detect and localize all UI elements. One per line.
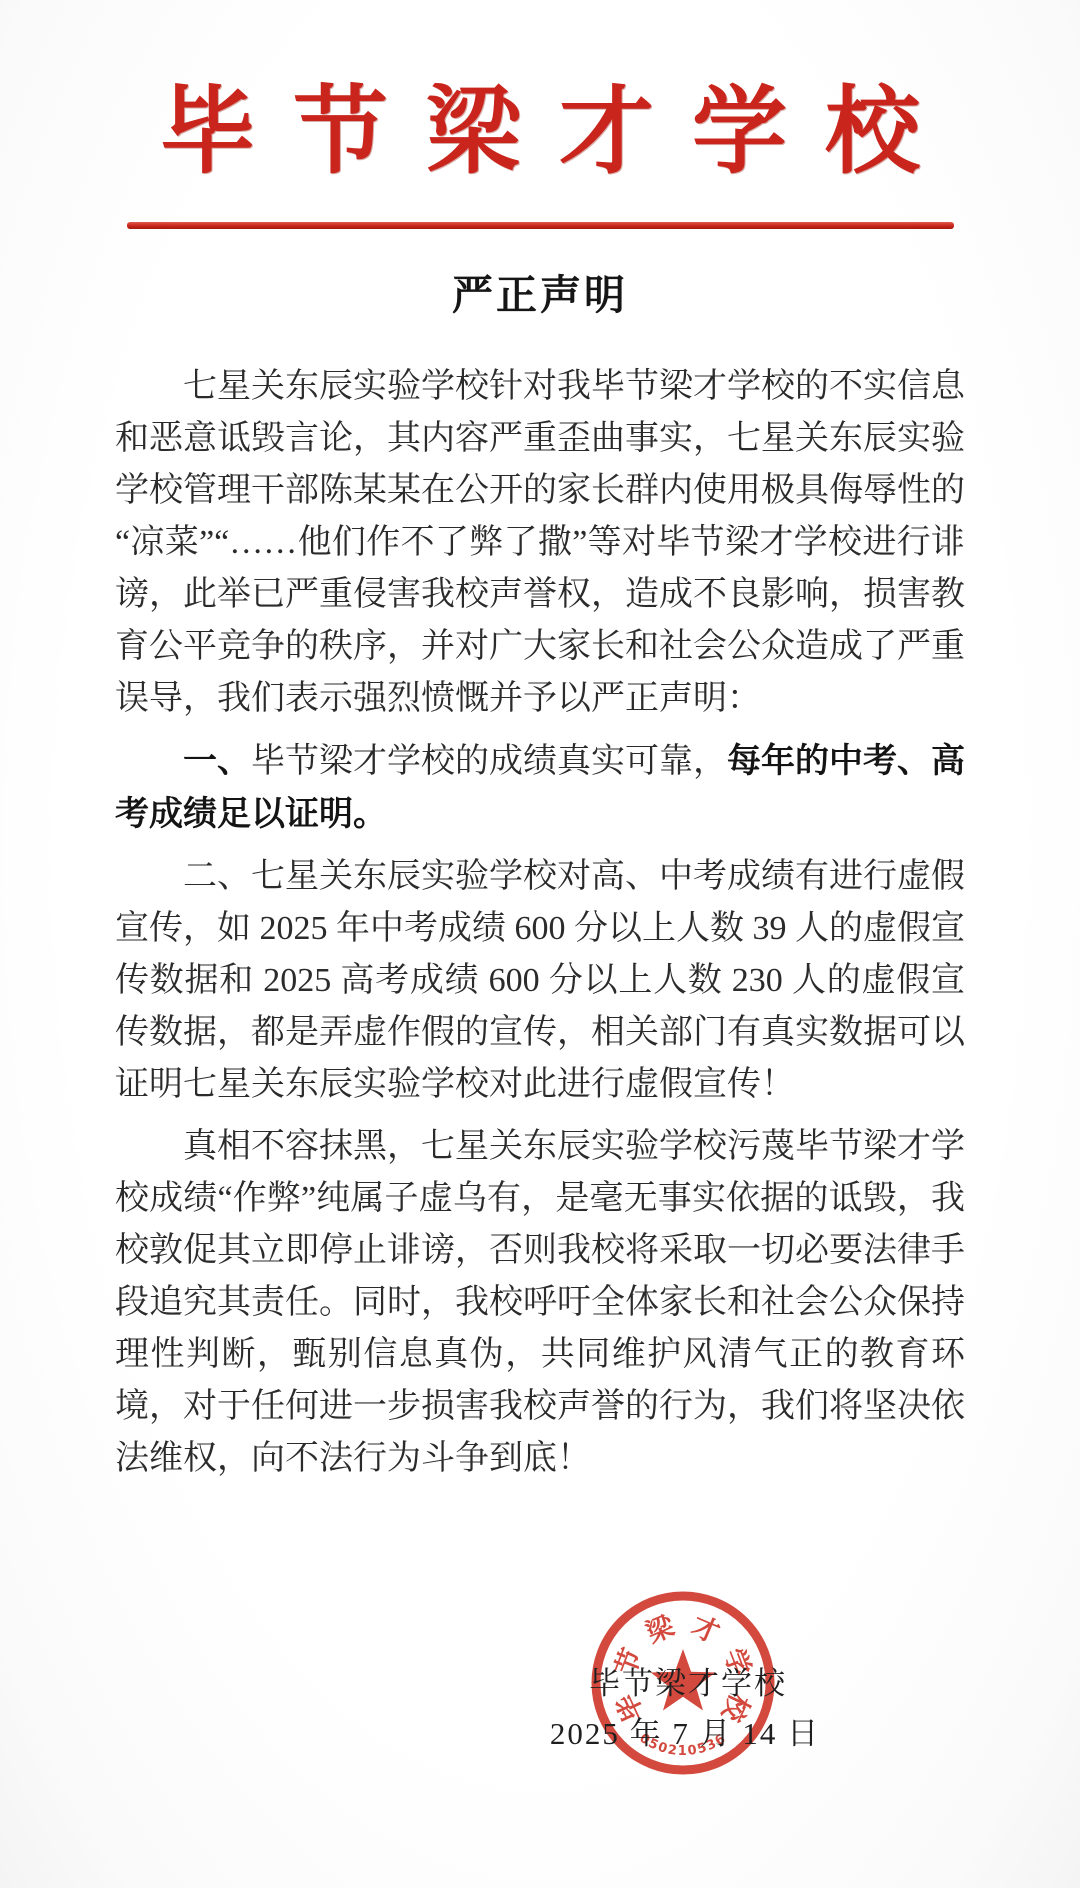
- letterhead-divider: [127, 222, 954, 229]
- statement-body: 七星关东辰实验学校针对我毕节梁才学校的不实信息和恶意诋毁言论，其内容严重歪曲事实…: [115, 361, 965, 1485]
- statement-paragraph: 七星关东辰实验学校针对我毕节梁才学校的不实信息和恶意诋毁言论，其内容严重歪曲事实…: [115, 361, 965, 725]
- text-run: 七星关东辰实验学校针对我毕节梁才学校的不实信息和恶意诋毁言论，其内容严重歪曲事实…: [115, 368, 965, 717]
- statement-page: 毕节梁才学校 严正声明 七星关东辰实验学校针对我毕节梁才学校的不实信息和恶意诋毁…: [0, 0, 1080, 1888]
- text-run: 二、七星关东辰实验学校对高、中考成绩有进行虚假宣传，如 2025 年中考成绩 6…: [115, 858, 965, 1103]
- text-run: 一、: [183, 742, 251, 780]
- signature-date: 2025 年 7 月 14 日: [550, 1708, 820, 1753]
- seal-character: 才: [687, 1611, 724, 1649]
- text-run: 毕节梁才学校的成绩真实可靠，: [251, 743, 727, 780]
- signature-school-name: 毕节梁才学校: [589, 1658, 787, 1703]
- statement-paragraph: 二、七星关东辰实验学校对高、中考成绩有进行虚假宣传，如 2025 年中考成绩 6…: [115, 851, 965, 1111]
- document-title: 严正声明: [0, 271, 1080, 319]
- text-run: 真相不容抹黑，七星关东辰实验学校污蔑毕节梁才学校成绩“作弊”纯属子虚乌有，是毫无…: [115, 1128, 965, 1477]
- seal-character: 梁: [642, 1610, 679, 1649]
- letterhead-school-name: 毕节梁才学校: [0, 76, 1080, 188]
- statement-paragraph: 真相不容抹黑，七星关东辰实验学校污蔑毕节梁才学校成绩“作弊”纯属子虚乌有，是毫无…: [115, 1121, 965, 1485]
- statement-paragraph: 一、毕节梁才学校的成绩真实可靠，每年的中考、高考成绩足以证明。: [115, 735, 965, 841]
